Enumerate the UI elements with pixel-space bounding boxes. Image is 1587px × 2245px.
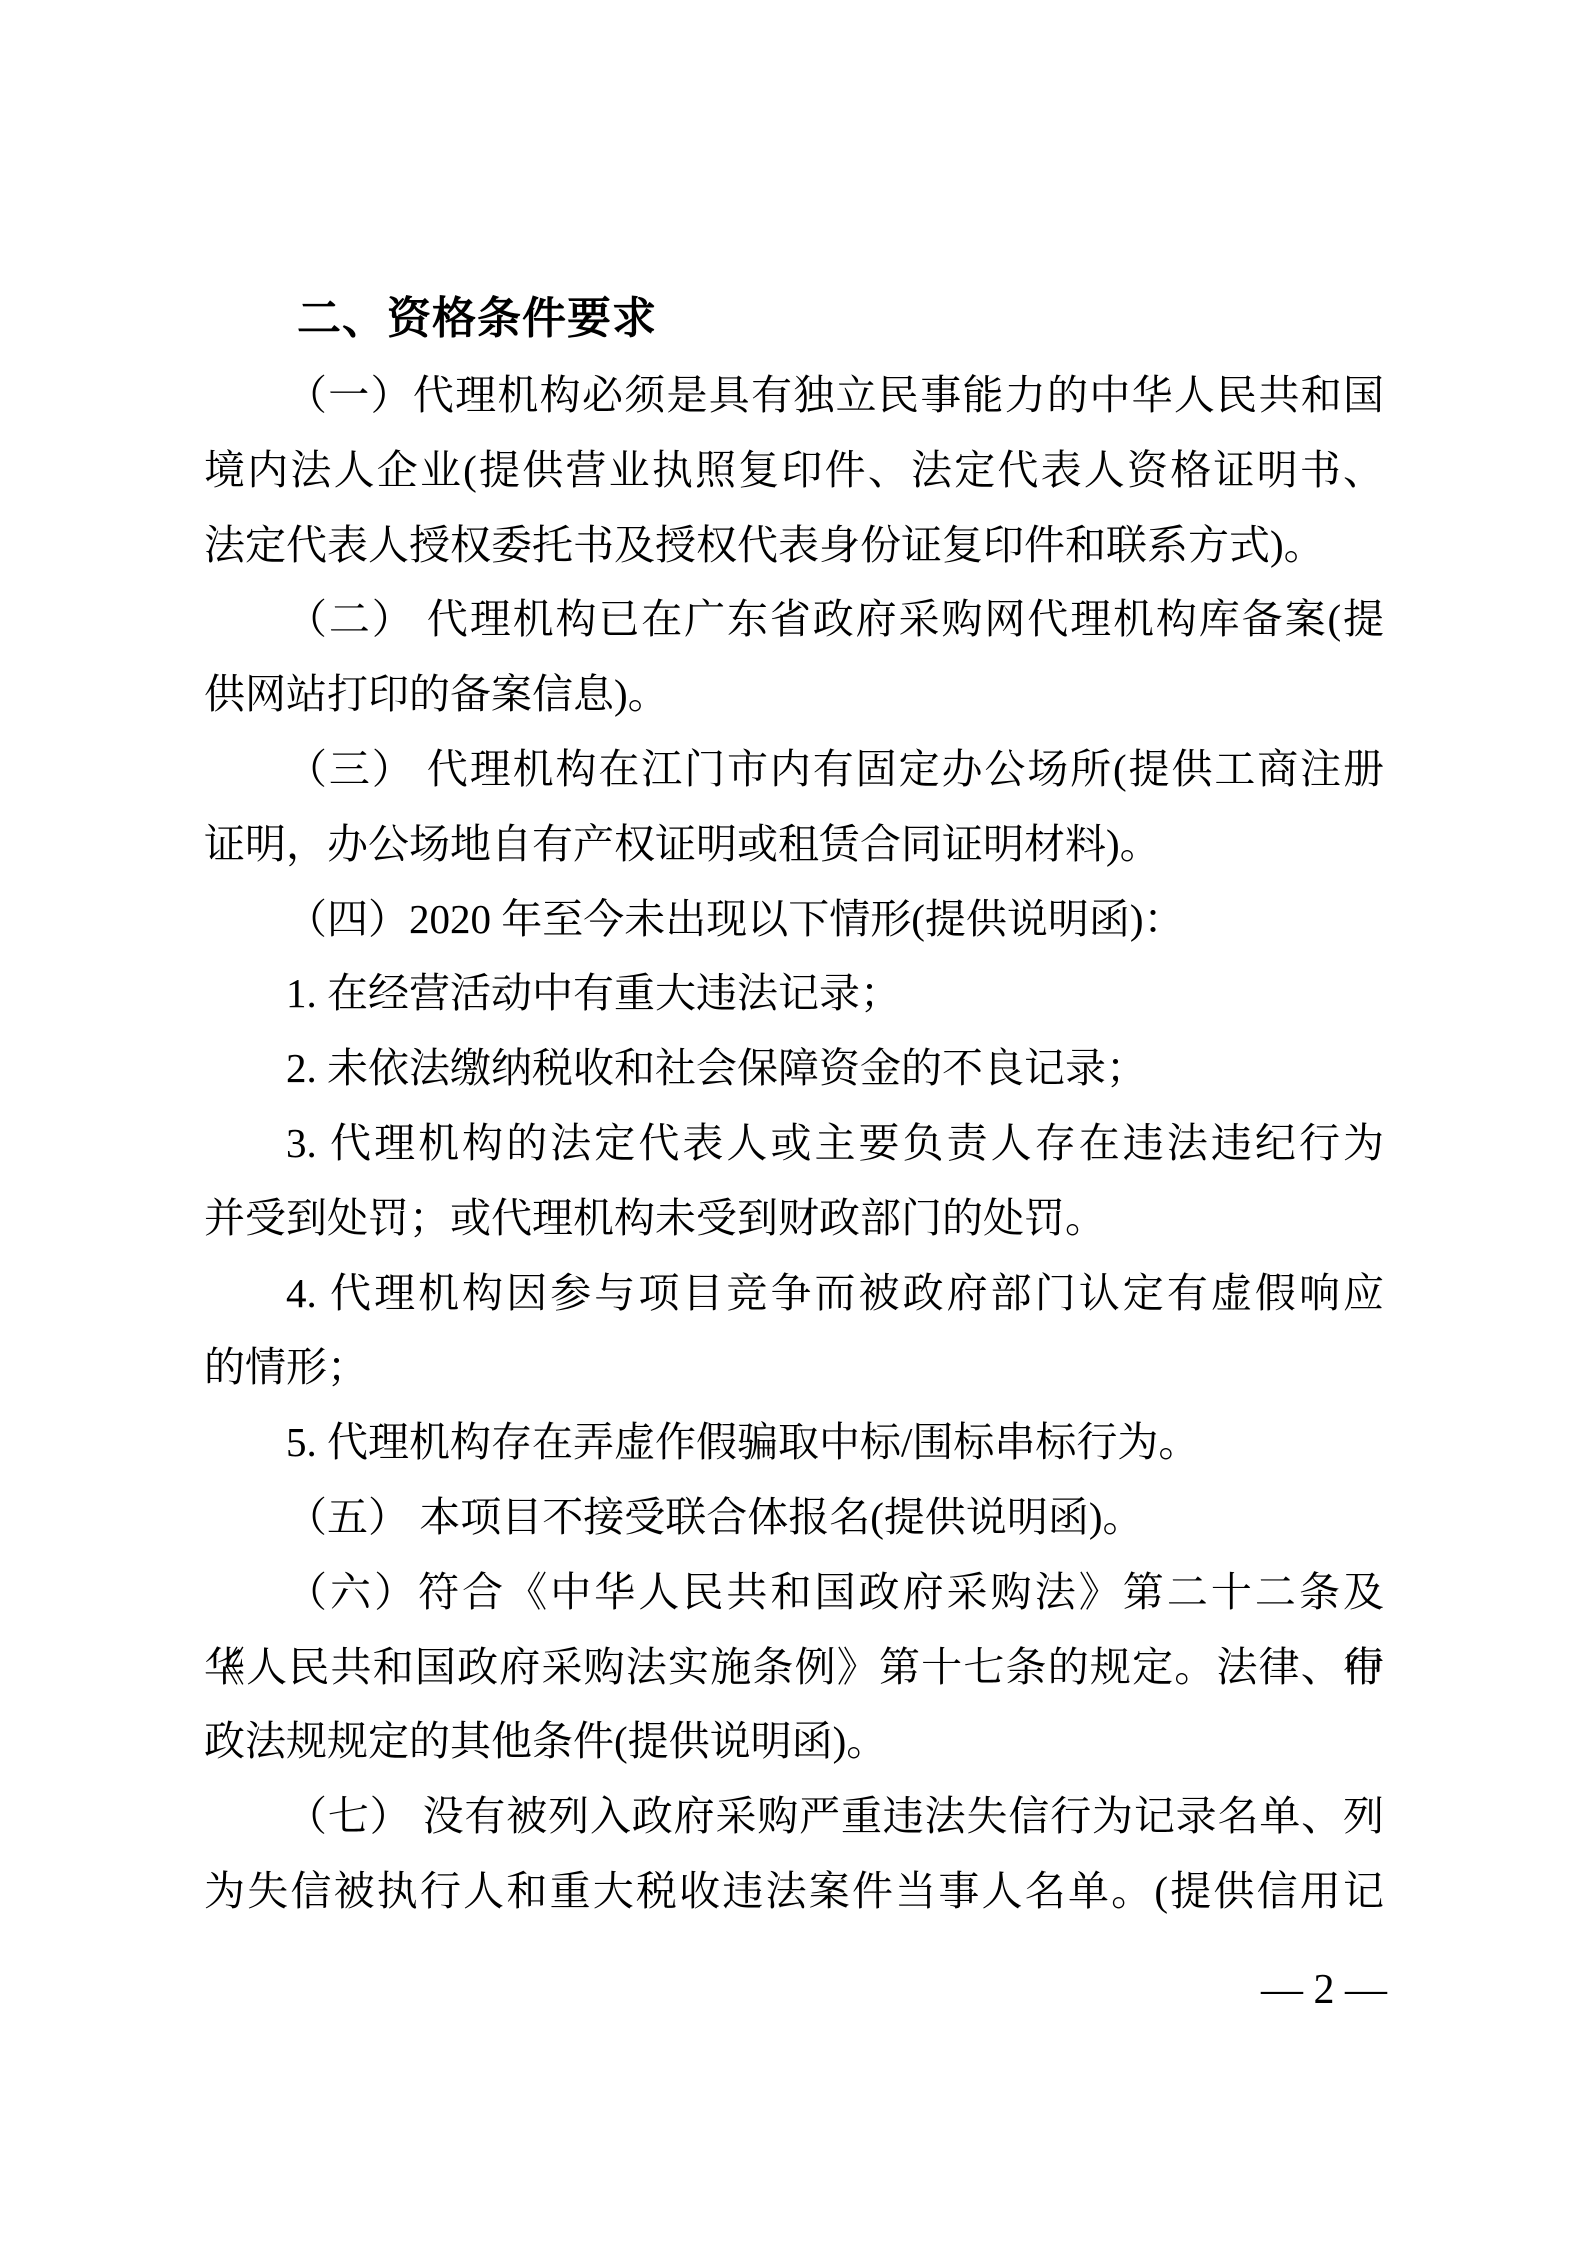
text-line: （四）2020 年至今未出现以下情形(提供说明函)： xyxy=(204,882,1384,957)
text-line: 供网站打印的备案信息)。 xyxy=(204,657,1384,732)
text-line: （七） 没有被列入政府采购严重违法失信行为记录名单、列 xyxy=(204,1779,1384,1854)
document-page: 二、资格条件要求 （一）代理机构必须是具有独立民事能力的中华人民共和国 境内法人… xyxy=(0,0,1587,2245)
text-line: 政法规规定的其他条件(提供说明函)。 xyxy=(204,1704,1384,1779)
page-number: — 2 — xyxy=(1261,1968,1387,2012)
text-line: 法定代表人授权委托书及授权代表身份证复印件和联系方式)。 xyxy=(204,508,1384,583)
text-line: 3. 代理机构的法定代表人或主要负责人存在违法违纪行为 xyxy=(204,1106,1384,1181)
section-heading: 二、资格条件要求 xyxy=(297,295,657,343)
text-line: 华人民共和国政府采购法实施条例》第十七条的规定。法律、行 xyxy=(204,1630,1384,1705)
text-line: 境内法人企业(提供营业执照复印件、法定代表人资格证明书、 xyxy=(204,433,1384,508)
text-line: （一）代理机构必须是具有独立民事能力的中华人民共和国 xyxy=(204,358,1384,433)
text-line: 1. 在经营活动中有重大违法记录； xyxy=(204,956,1384,1031)
text-line: 证明，办公场地自有产权证明或租赁合同证明材料)。 xyxy=(204,807,1384,882)
text-line: 2. 未依法缴纳税收和社会保障资金的不良记录； xyxy=(204,1031,1384,1106)
text-line: 4. 代理机构因参与项目竞争而被政府部门认定有虚假响应 xyxy=(204,1256,1384,1331)
text-line: （六）符合《中华人民共和国政府采购法》第二十二条及《中 xyxy=(204,1555,1384,1630)
text-line: 5. 代理机构存在弄虚作假骗取中标/围标串标行为。 xyxy=(204,1405,1384,1480)
text-line: 的情形； xyxy=(204,1330,1384,1405)
text-line: （二） 代理机构已在广东省政府采购网代理机构库备案(提 xyxy=(204,582,1384,657)
body-text: （一）代理机构必须是具有独立民事能力的中华人民共和国 境内法人企业(提供营业执照… xyxy=(204,358,1384,1929)
text-line: 并受到处罚；或代理机构未受到财政部门的处罚。 xyxy=(204,1181,1384,1256)
text-line: （三） 代理机构在江门市内有固定办公场所(提供工商注册 xyxy=(204,732,1384,807)
text-line: （五） 本项目不接受联合体报名(提供说明函)。 xyxy=(204,1480,1384,1555)
text-line: 为失信被执行人和重大税收违法案件当事人名单。(提供信用记 xyxy=(204,1854,1384,1929)
